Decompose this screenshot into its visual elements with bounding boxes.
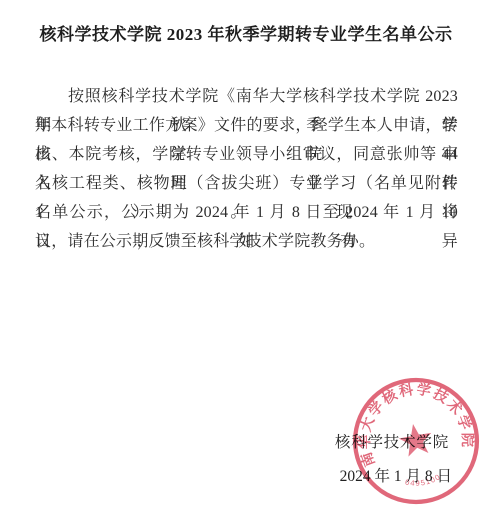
document-title: 核科学技术学院 2023 年秋季学期转专业学生名单公示 [0,20,492,45]
signature-date: 2024 年 1 月 8 日 [340,464,452,486]
svg-text:南华大学核科学技术学院: 南华大学核科学技术学院 [345,371,479,470]
announcement-page: 核科学技术学院 2023 年秋季学期转专业学生名单公示 按照核科学技术学院《南华… [0,0,492,526]
seal-ring-text: 南华大学核科学技术学院 [345,371,479,470]
body-line: 核、本院考核，学院转专业领导小组审议，同意张帅等 44 名同学转 [35,140,458,169]
body-line: 按照核科学技术学院《南华大学核科学技术学院 2023 年秋季学 [35,82,458,111]
body-line: 入核工程类、核物理（含拔尖班）专业学习（名单见附件 1）。现将 [35,169,458,198]
body-line: 期本科转专业工作方案》文件的要求，经学生本人申请，转出学院审 [35,111,458,140]
signature-unit: 核科学技术学院 [335,430,449,452]
body-line: 名单公示，公示期为 2024 年 1 月 8 日至 2024 年 1 月 10 … [35,198,458,227]
document-body: 按照核科学技术学院《南华大学核科学技术学院 2023 年秋季学 期本科转专业工作… [35,82,458,256]
